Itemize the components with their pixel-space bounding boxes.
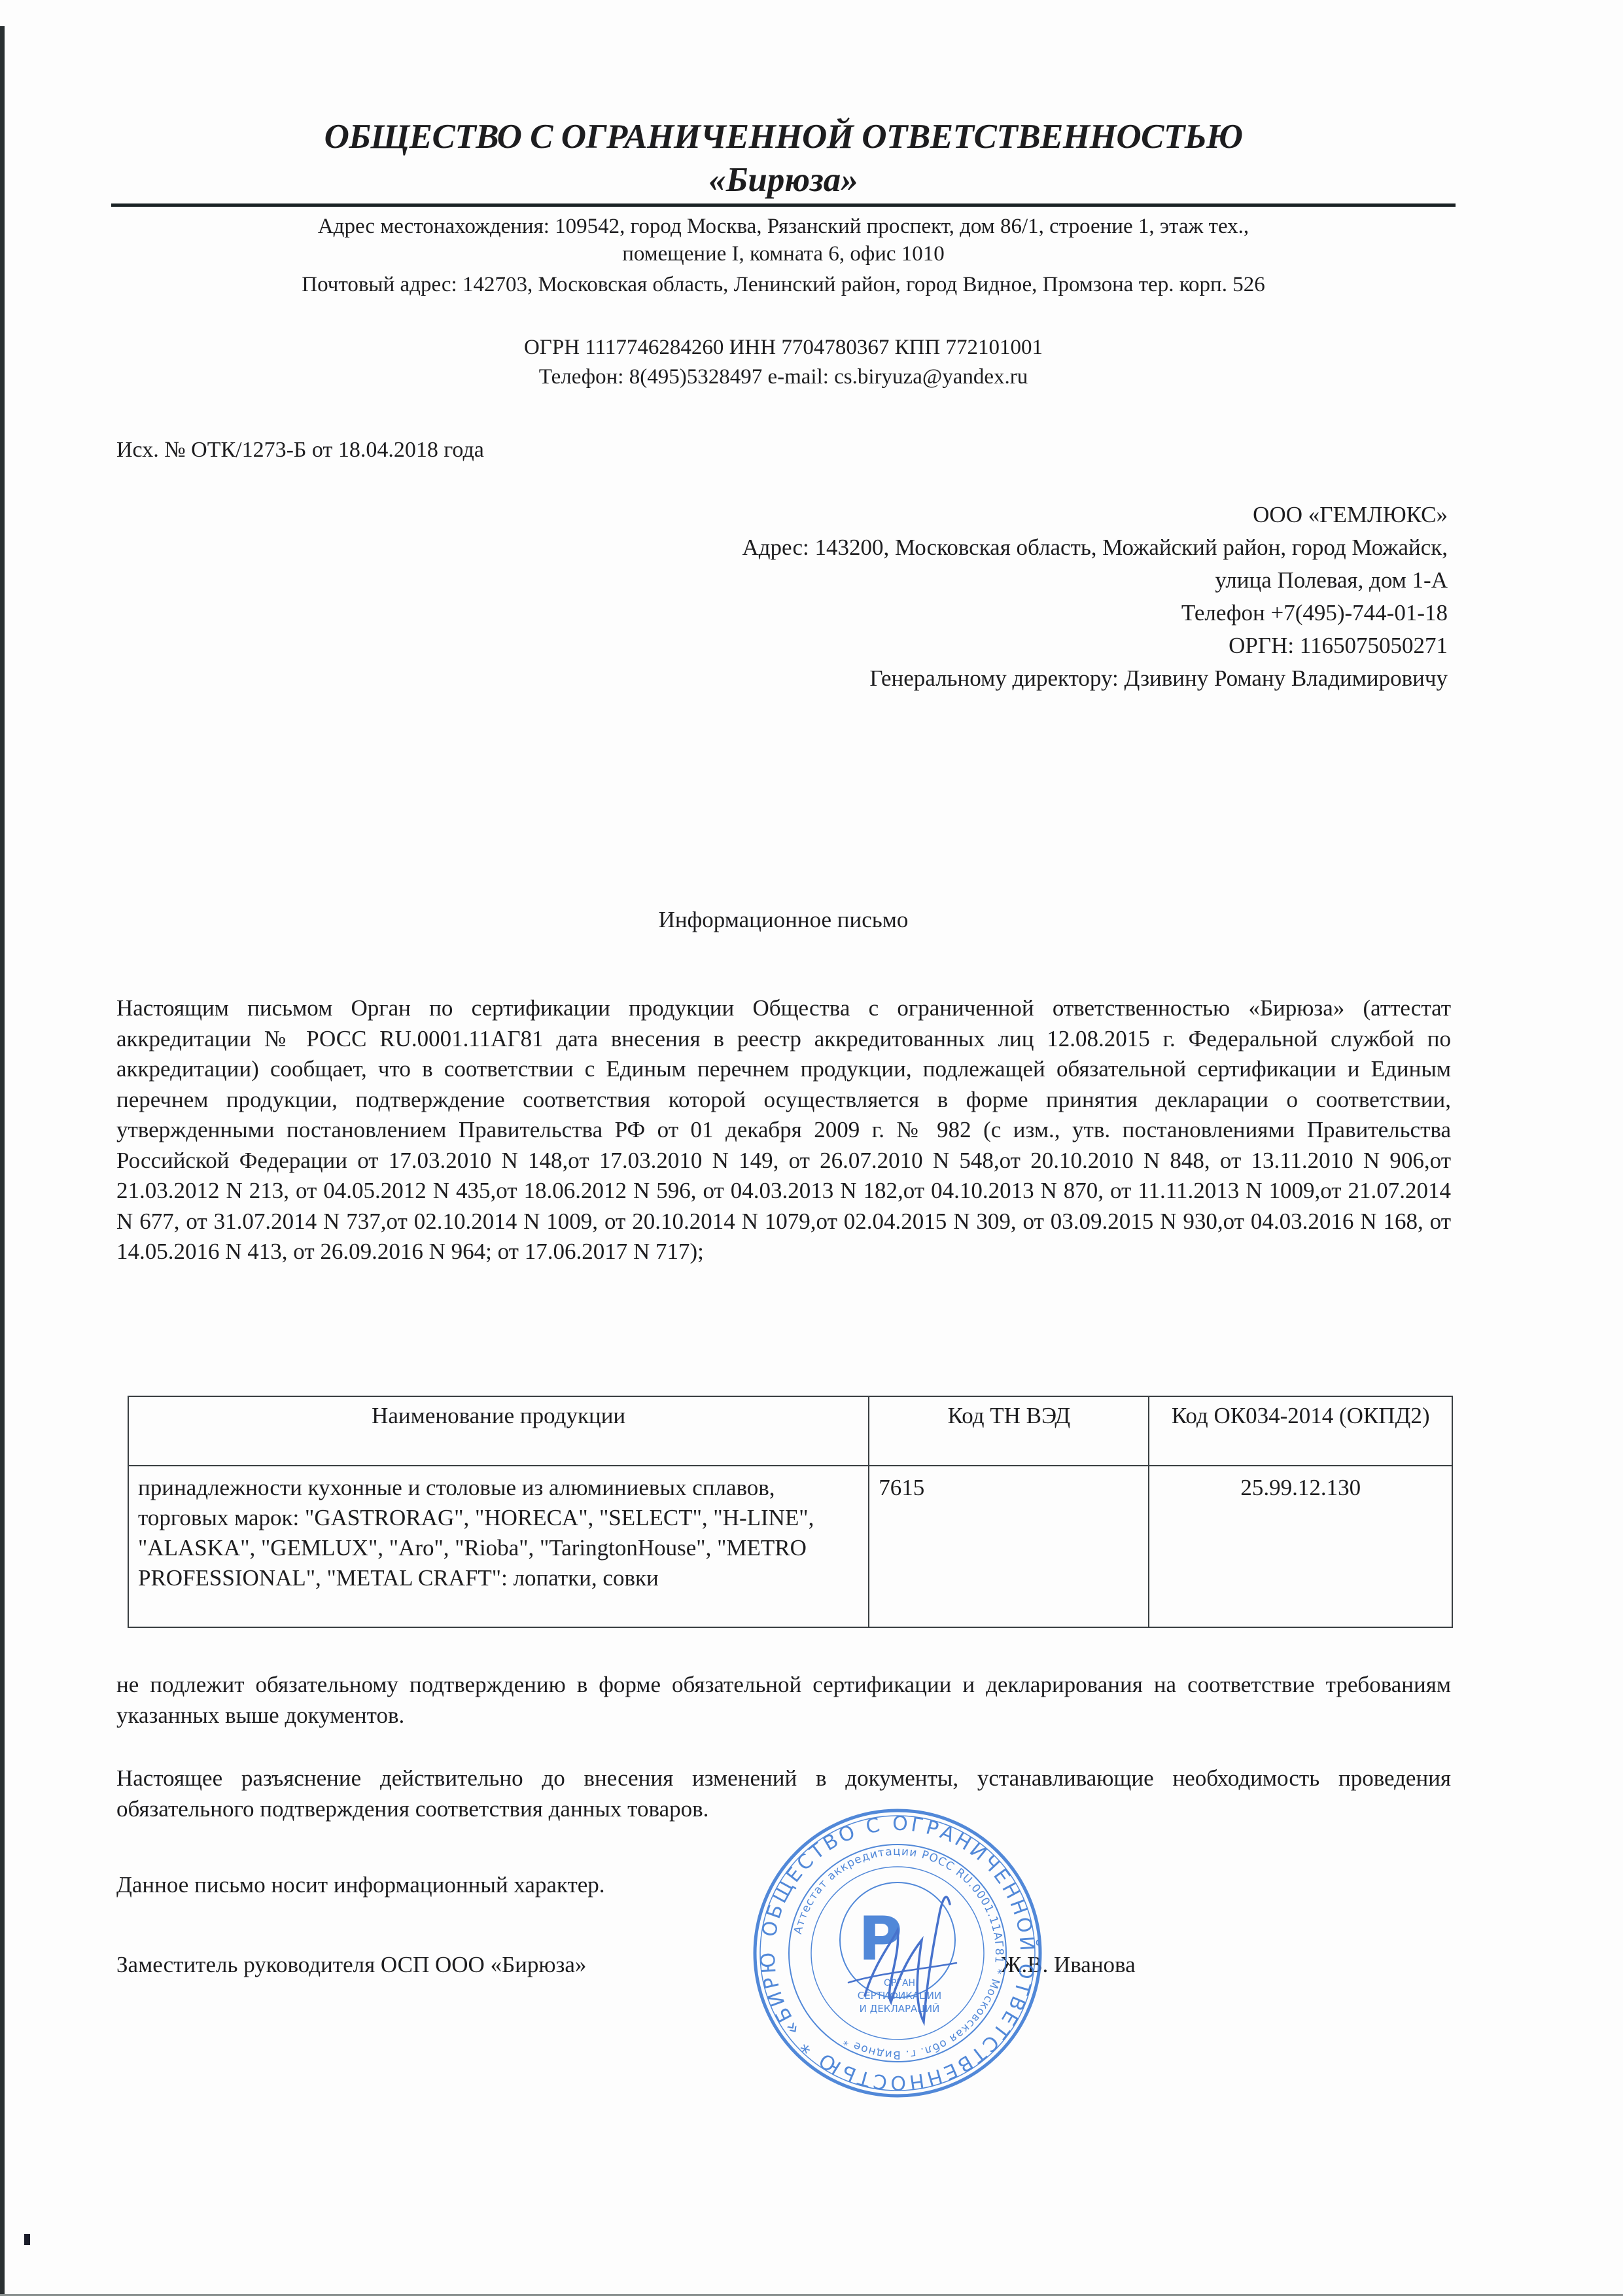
addressee-ogrn: ОРГН: 1165075050271 [466,629,1448,662]
company-title: ОБЩЕСТВО С ОГРАНИЧЕННОЙ ОТВЕТСТВЕННОСТЬЮ [111,116,1456,157]
okpd2-cell: 25.99.12.130 [1149,1466,1452,1627]
header-rule [111,203,1456,207]
addressee-address-line-2: улица Полевая, дом 1-А [466,564,1448,597]
table-header-row: Наименование продукции Код ТН ВЭД Код ОК… [128,1396,1452,1466]
addressee-company: ООО «ГЕМЛЮКС» [466,499,1448,531]
scan-edge-left [0,26,5,2296]
addressee-block: ООО «ГЕМЛЮКС» Адрес: 143200, Московская … [466,499,1448,695]
legal-address-line-1: Адрес местонахождения: 109542, город Мос… [111,213,1456,240]
registration-numbers: ОГРН 1117746284260 ИНН 7704780367 КПП 77… [111,334,1456,361]
table-row: принадлежности кухонные и столовые из ал… [128,1466,1452,1627]
postal-address: Почтовый адрес: 142703, Московская облас… [111,271,1456,298]
seal-center-line-3: И ДЕКЛАРАЦИЙ [860,2002,940,2015]
legal-address-line-2: помещение I, комната 6, офис 1010 [111,240,1456,268]
company-seal-icon: ОБЩЕСТВО С ОГРАНИЧЕННОЙ ОТВЕТСТВЕННОСТЬЮ… [750,1806,1045,2100]
contact-info: Телефон: 8(495)5328497 e-mail: cs.biryuz… [111,363,1456,391]
addressee-address-line-1: Адрес: 143200, Московская область, Можай… [466,531,1448,564]
outgoing-reference: Исх. № ОТК/1273-Б от 18.04.2018 года [116,436,484,464]
product-name-cell: принадлежности кухонные и столовые из ал… [128,1466,869,1627]
conclusion-paragraph: не подлежит обязательному подтверждению … [116,1670,1451,1731]
tn-ved-cell: 7615 [869,1466,1149,1627]
header-tn-ved: Код ТН ВЭД [869,1396,1149,1466]
header-product-name: Наименование продукции [128,1396,869,1466]
header-okpd2: Код ОК034-2014 (ОКПД2) [1149,1396,1452,1466]
products-table: Наименование продукции Код ТН ВЭД Код ОК… [128,1396,1453,1628]
company-name: «Бирюза» [111,160,1456,200]
document-title: Информационное письмо [111,906,1456,934]
addressee-phone: Телефон +7(495)-744-01-18 [466,597,1448,629]
scan-mark [24,2234,30,2245]
intro-paragraph: Настоящим письмом Орган по сертификации … [116,993,1451,1267]
seal-center-line-2: СЕРТИФИКАЦИИ [858,1990,942,2002]
addressee-recipient: Генеральному директору: Дзивину Роману В… [466,662,1448,695]
signatory-position: Заместитель руководителя ОСП ООО «Бирюза… [116,1951,586,1979]
